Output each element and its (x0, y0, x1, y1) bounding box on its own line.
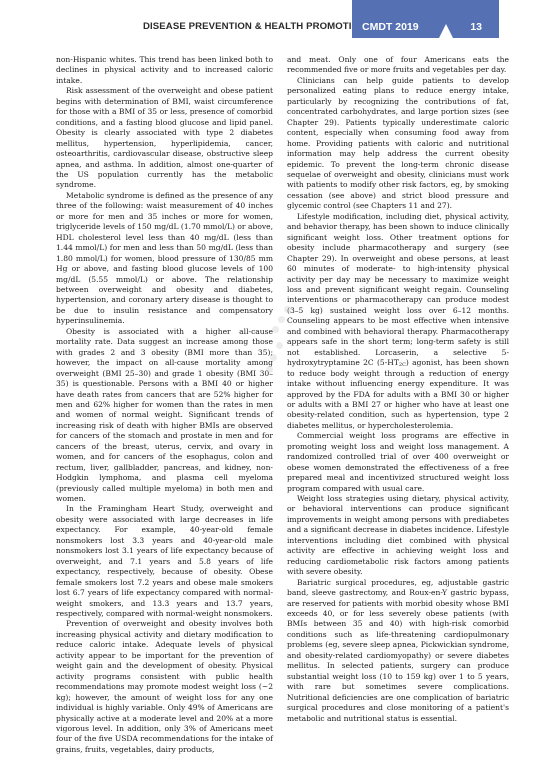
subscript: 2C (399, 362, 406, 368)
paragraph: Bariatric surgical procedures, eg, adjus… (287, 578, 509, 724)
left-column: non-Hispanic whites. This trend has been… (56, 55, 273, 755)
paragraph: Obesity is associated with a higher all-… (56, 327, 273, 505)
page-header: DISEASE PREVENTION & HEALTH PROMOTION CM… (0, 0, 552, 40)
paragraph-lifestyle: Lifestyle modification, including diet, … (287, 212, 509, 432)
paragraph-text: Lifestyle modification, including diet, … (287, 212, 509, 367)
paragraph: In the Framingham Heart Study, overweigh… (56, 504, 273, 619)
paragraph: non-Hispanic whites. This trend has been… (56, 55, 273, 86)
paragraph: Commercial weight loss programs are effe… (287, 431, 509, 494)
edition-badge: CMDT 2019 13 (352, 0, 499, 38)
paragraph: Clinicians can help guide patients to de… (287, 76, 509, 212)
paragraph: Weight loss strategies using dietary, ph… (287, 494, 509, 578)
paragraph: and meat. Only one of four Americans eat… (287, 55, 509, 76)
paragraph: Risk assessment of the overweight and ob… (56, 86, 273, 191)
paragraph: Metabolic syndrome is defined as the pre… (56, 191, 273, 327)
triangle-marker-icon (439, 24, 453, 38)
right-column: and meat. Only one of four Americans eat… (287, 55, 509, 724)
page-number: 13 (470, 21, 482, 33)
running-head: DISEASE PREVENTION & HEALTH PROMOTION (143, 21, 366, 32)
edition-label: CMDT 2019 (362, 21, 419, 33)
paragraph: Prevention of overweight and obesity inv… (56, 619, 273, 755)
paragraph-text: ) agonist, has been shown to reduce body… (287, 358, 509, 430)
